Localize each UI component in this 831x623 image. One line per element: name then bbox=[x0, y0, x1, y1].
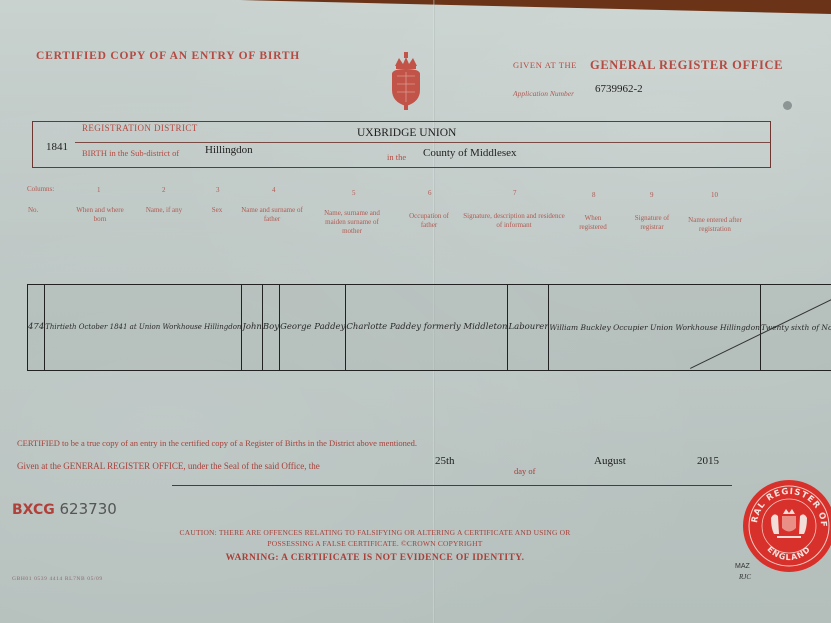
entry-mother: Charlotte Paddey formerly Middleton bbox=[346, 285, 508, 371]
column-number: 10 bbox=[711, 191, 718, 199]
certificate-title: CERTIFIED COPY OF AN ENTRY OF BIRTH bbox=[36, 50, 300, 62]
entry-name: John bbox=[242, 285, 262, 371]
columns-label: Columns: bbox=[27, 185, 54, 193]
column-number: 2 bbox=[162, 186, 166, 194]
certified-year: 2015 bbox=[697, 455, 719, 467]
entry-no: 474 bbox=[28, 285, 45, 371]
column-header-name: Name, if any bbox=[136, 206, 192, 215]
column-header-name-after: Name entered after registration bbox=[682, 216, 748, 234]
gro-seal-icon: GENERAL REGISTER OFFICE ENGLAND bbox=[741, 478, 831, 574]
issuer-prefix: GIVEN AT THE bbox=[513, 60, 577, 70]
county-value: County of Middlesex bbox=[423, 147, 517, 159]
given-statement: Given at the GENERAL REGISTER OFFICE, un… bbox=[17, 461, 320, 471]
paper-mark bbox=[783, 101, 792, 110]
column-header-no: No. bbox=[28, 206, 38, 215]
column-number: 7 bbox=[513, 189, 517, 197]
in-the-label: in the bbox=[387, 152, 406, 162]
warning-notice: WARNING: A CERTIFICATE IS NOT EVIDENCE O… bbox=[170, 553, 580, 563]
column-header-registrar: Signature of registrar bbox=[626, 214, 678, 232]
column-header-mother: Name, surname and maiden surname of moth… bbox=[315, 209, 389, 236]
serial-digits: 623730 bbox=[60, 500, 117, 518]
day-of-label: day of bbox=[514, 466, 535, 476]
entry-father-occupation: Labourer bbox=[508, 285, 549, 371]
column-number: 1 bbox=[97, 186, 101, 194]
column-number: 6 bbox=[428, 189, 432, 197]
column-header-when-where: When and where born bbox=[76, 206, 124, 224]
application-number: 6739962-2 bbox=[595, 83, 643, 95]
signature-line bbox=[172, 485, 732, 486]
entry-informant: William Buckley Occupier Union Workhouse… bbox=[549, 285, 761, 371]
entry-sex: Boy bbox=[262, 285, 279, 371]
birth-entry: 474 Thirtieth October 1841 at Union Work… bbox=[27, 284, 757, 371]
certified-statement: CERTIFIED to be a true copy of an entry … bbox=[17, 438, 417, 448]
caution-notice: CAUTION: THERE ARE OFFENCES RELATING TO … bbox=[170, 527, 580, 549]
print-code: GBH01 0539 4414 RL7NB 05/09 bbox=[12, 576, 103, 582]
registration-district-value: UXBRIDGE UNION bbox=[357, 127, 456, 139]
royal-crest-icon bbox=[389, 52, 423, 110]
column-header-sex: Sex bbox=[205, 206, 229, 215]
subdistrict-value: Hillingdon bbox=[205, 144, 253, 156]
subdistrict-label: BIRTH in the Sub-district of bbox=[82, 148, 179, 158]
clerk-initials: RJC bbox=[739, 573, 751, 581]
column-header-occupation: Occupation of father bbox=[405, 212, 453, 230]
column-number: 4 bbox=[272, 186, 276, 194]
application-number-label: Application Number bbox=[513, 89, 574, 98]
column-header-informant: Signature, description and residence of … bbox=[462, 212, 566, 230]
certified-day: 25th bbox=[435, 455, 455, 467]
column-number: 9 bbox=[650, 191, 654, 199]
column-number: 5 bbox=[352, 189, 356, 197]
column-header-when-registered: When registered bbox=[574, 214, 612, 232]
column-header-father: Name and surname of father bbox=[234, 206, 310, 224]
entry-father: George Paddey bbox=[280, 285, 346, 371]
registration-district-label: REGISTRATION DISTRICT bbox=[82, 123, 198, 133]
registration-divider bbox=[75, 142, 770, 143]
issuer-name: GENERAL REGISTER OFFICE bbox=[590, 58, 783, 73]
certified-month: August bbox=[594, 455, 626, 467]
column-number: 3 bbox=[216, 186, 220, 194]
column-number: 8 bbox=[592, 191, 596, 199]
registration-year: 1841 bbox=[46, 141, 68, 153]
serial-number: BXCG 623730 bbox=[12, 500, 117, 518]
serial-prefix: BXCG bbox=[12, 502, 55, 518]
entry-when-where-born: Thirtieth October 1841 at Union Workhous… bbox=[45, 285, 242, 371]
